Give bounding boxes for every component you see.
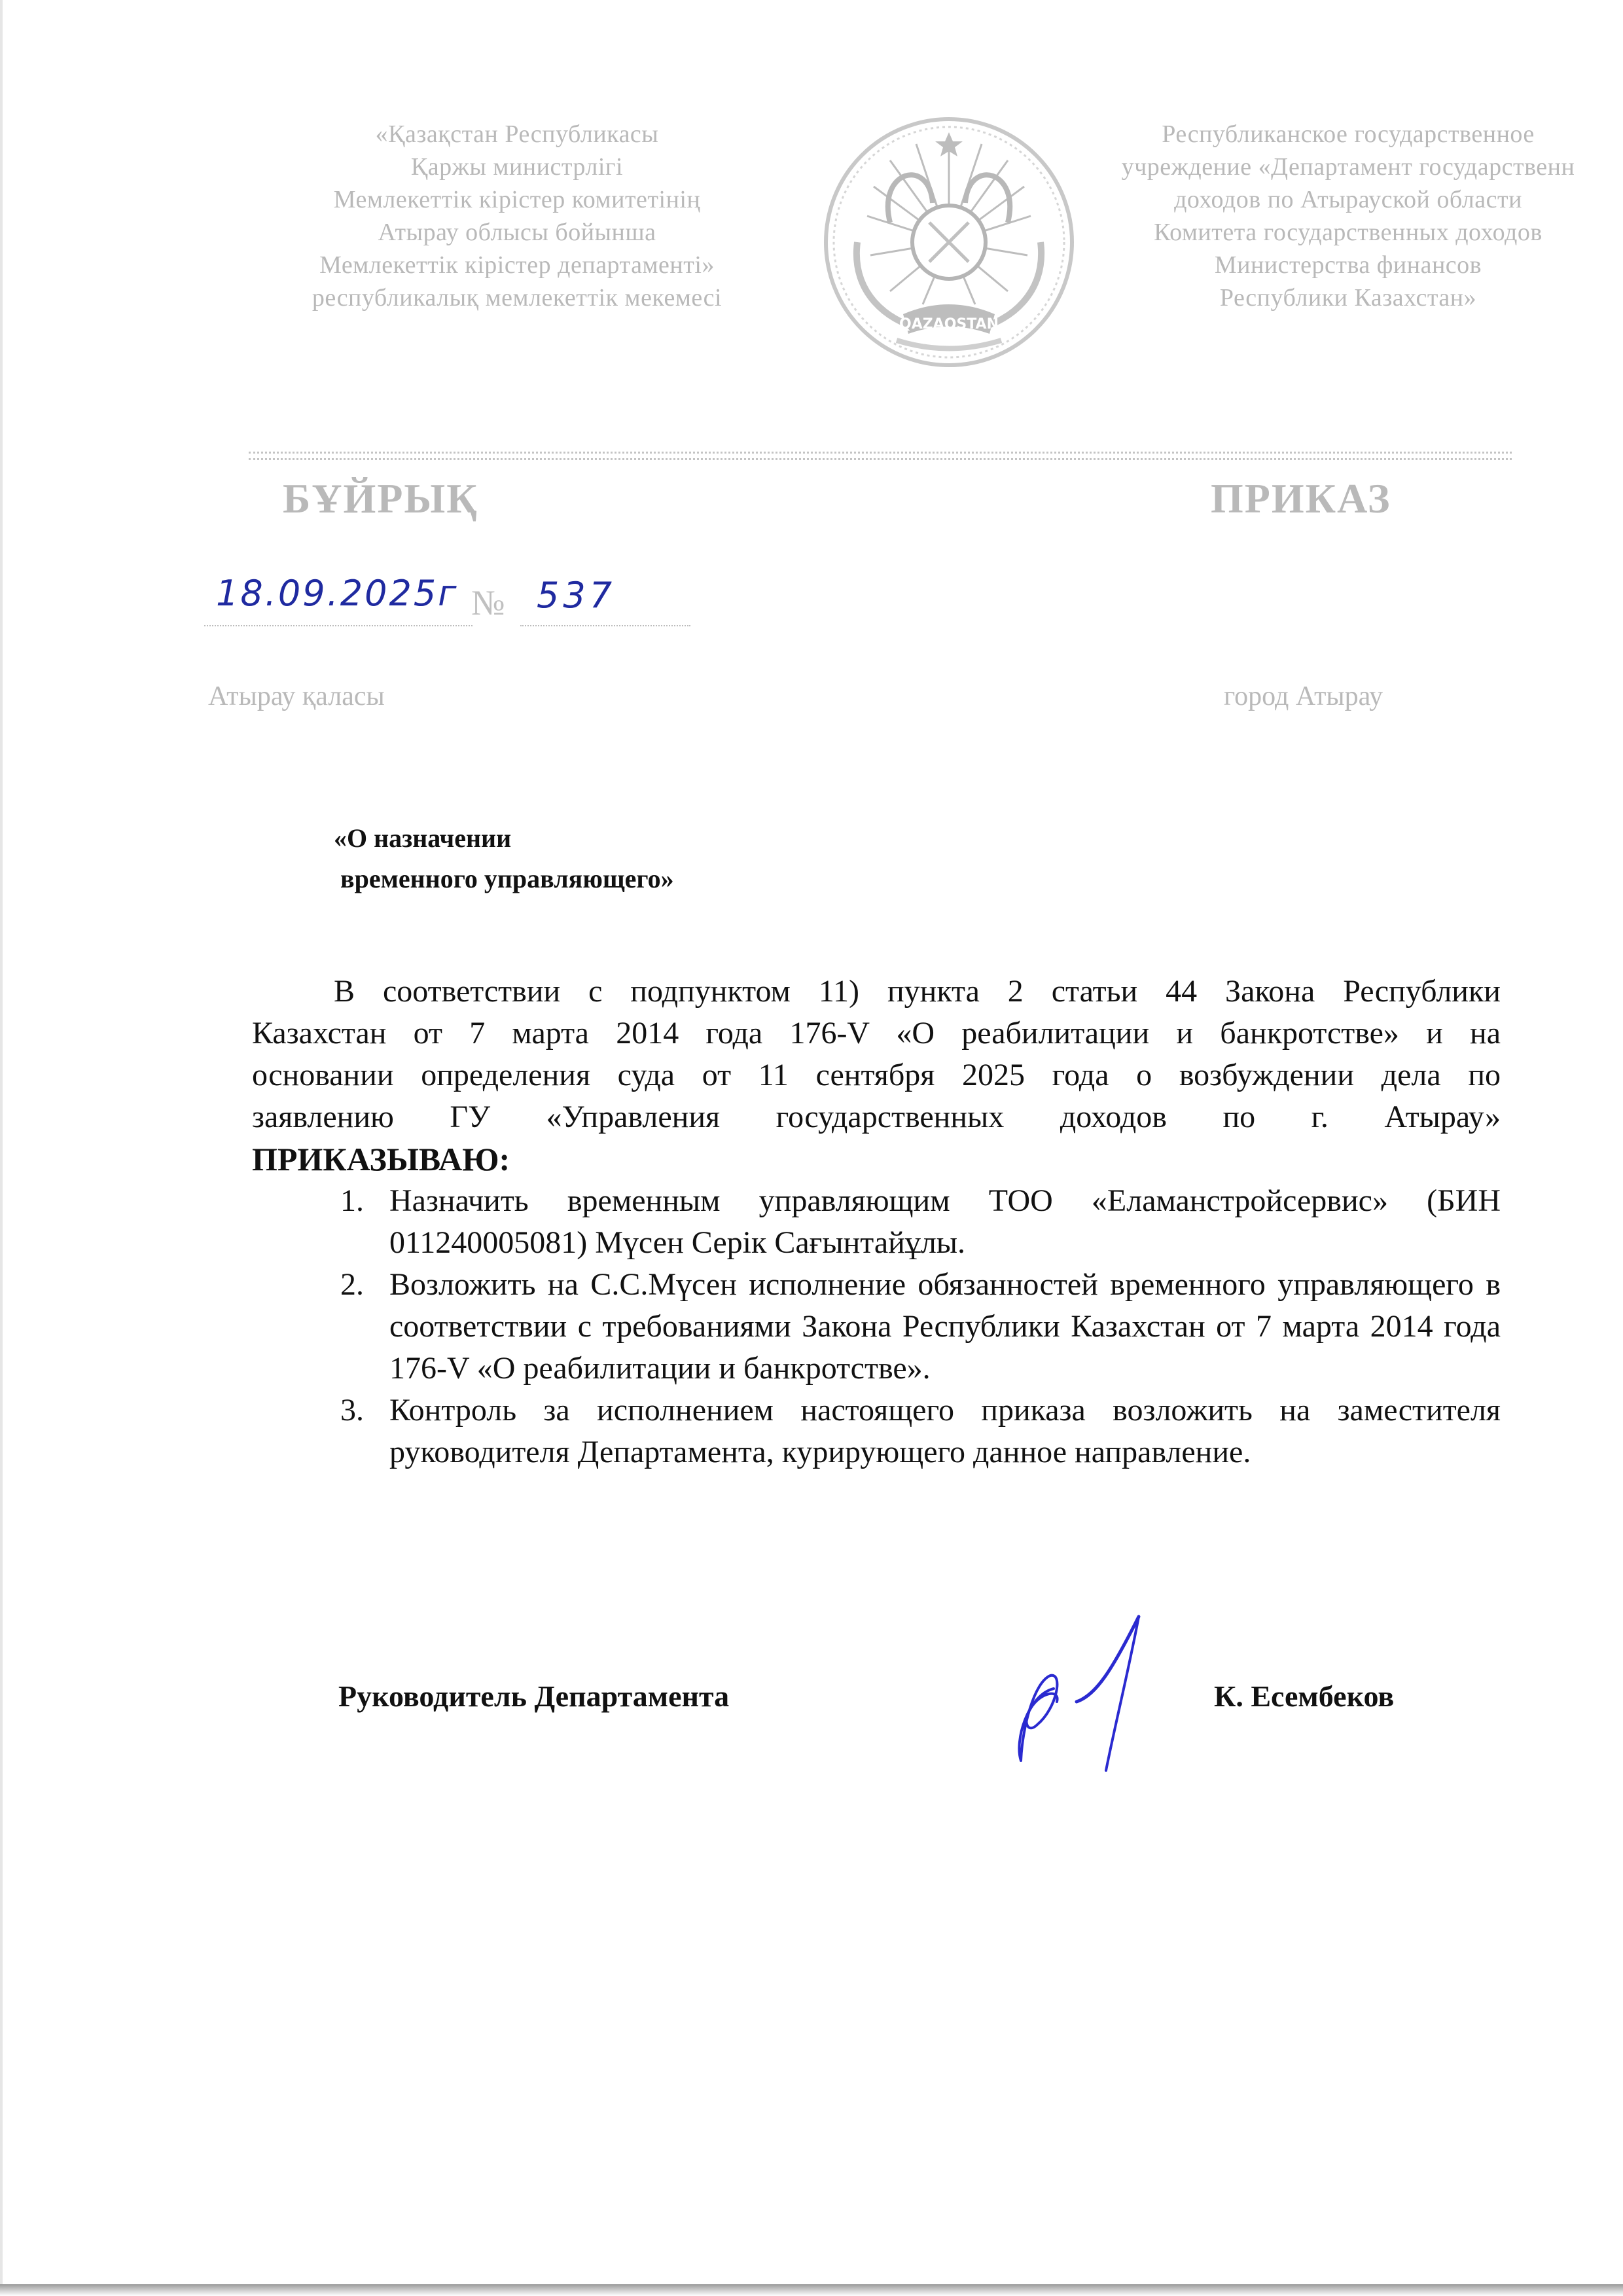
item-text: Возложить на С.С.Мүсен исполнение обязан…: [389, 1267, 1501, 1386]
order-item: 2. Возложить на С.С.Мүсен исполнение обя…: [252, 1264, 1501, 1390]
item-text: Контроль за исполнением настоящего прика…: [389, 1393, 1501, 1469]
doc-type-ru: ПРИКАЗ: [1211, 475, 1391, 523]
header-divider: [249, 452, 1512, 454]
number-underline: [520, 625, 690, 626]
header-kz-line: Атырау облысы бойынша: [268, 216, 766, 249]
number-sign: №: [471, 583, 505, 623]
handwritten-date: 18.09.2025г: [216, 573, 459, 614]
preamble-line: заявлению ГУ «Управления государственных…: [252, 1096, 1501, 1138]
item-number: 3.: [340, 1390, 364, 1431]
order-items: 1. Назначить временным управляющим ТОО «…: [252, 1180, 1501, 1473]
doc-type-kz: БҰЙРЫҚ: [283, 475, 478, 523]
header-kz-line: Мемлекеттік кірістер департаменті»: [268, 249, 766, 281]
header-ru-line: Комитета государственных доходов: [1086, 216, 1610, 249]
header-ru-line: Республиканское государственное: [1086, 118, 1610, 151]
header-ru-line: учреждение «Департамент государственн: [1086, 151, 1610, 183]
header-kz-line: «Қазақстан Республикасы: [268, 118, 766, 151]
order-directive: ПРИКАЗЫВАЮ:: [252, 1138, 1501, 1180]
scan-left-edge: [0, 0, 3, 2284]
header-divider: [249, 458, 1512, 460]
item-number: 2.: [340, 1264, 364, 1306]
subject-line: «О назначении: [334, 818, 674, 859]
order-item: 1. Назначить временным управляющим ТОО «…: [252, 1180, 1501, 1264]
preamble-line: основании определения суда от 11 сентябр…: [252, 1054, 1501, 1096]
svg-text:QAZAQSTAN: QAZAQSTAN: [899, 316, 999, 332]
header-kz-line: республикалық мемлекеттік мекемесі: [268, 281, 766, 314]
item-number: 1.: [340, 1180, 364, 1222]
city-ru: город Атырау: [1224, 681, 1383, 712]
state-emblem-icon: QAZAQSTAN: [818, 111, 1080, 373]
header-org-kz: «Қазақстан Республикасы Қаржы министрліг…: [268, 118, 766, 314]
header-ru-line: Республики Казахстан»: [1086, 281, 1610, 314]
header-org-ru: Республиканское государственное учрежден…: [1086, 118, 1610, 314]
order-subject: «О назначении временного управляющего»: [334, 818, 674, 899]
preamble-line: В соответствии с подпунктом 11) пункта 2…: [252, 971, 1501, 1013]
signatory-name: К. Есембеков: [1214, 1679, 1394, 1713]
date-underline: [204, 625, 473, 626]
handwritten-number: 537: [537, 575, 616, 616]
city-kz: Атырау қаласы: [208, 681, 385, 712]
scan-bottom-edge: [0, 2284, 1623, 2296]
header-ru-line: Министерства финансов: [1086, 249, 1610, 281]
order-body: В соответствии с подпунктом 11) пункта 2…: [252, 971, 1501, 1473]
signatory-title: Руководитель Департамента: [338, 1679, 729, 1713]
handwritten-signature-icon: [982, 1610, 1230, 1774]
header-kz-line: Мемлекеттік кірістер комитетінің: [268, 183, 766, 216]
header-ru-line: доходов по Атырауской области: [1086, 183, 1610, 216]
subject-line: временного управляющего»: [334, 859, 674, 899]
preamble-line: Казахстан от 7 марта 2014 года 176-V «О …: [252, 1013, 1501, 1054]
order-item: 3. Контроль за исполнением настоящего пр…: [252, 1390, 1501, 1473]
header-kz-line: Қаржы министрлігі: [268, 151, 766, 183]
item-text: Назначить временным управляющим ТОО «Ела…: [389, 1183, 1501, 1260]
